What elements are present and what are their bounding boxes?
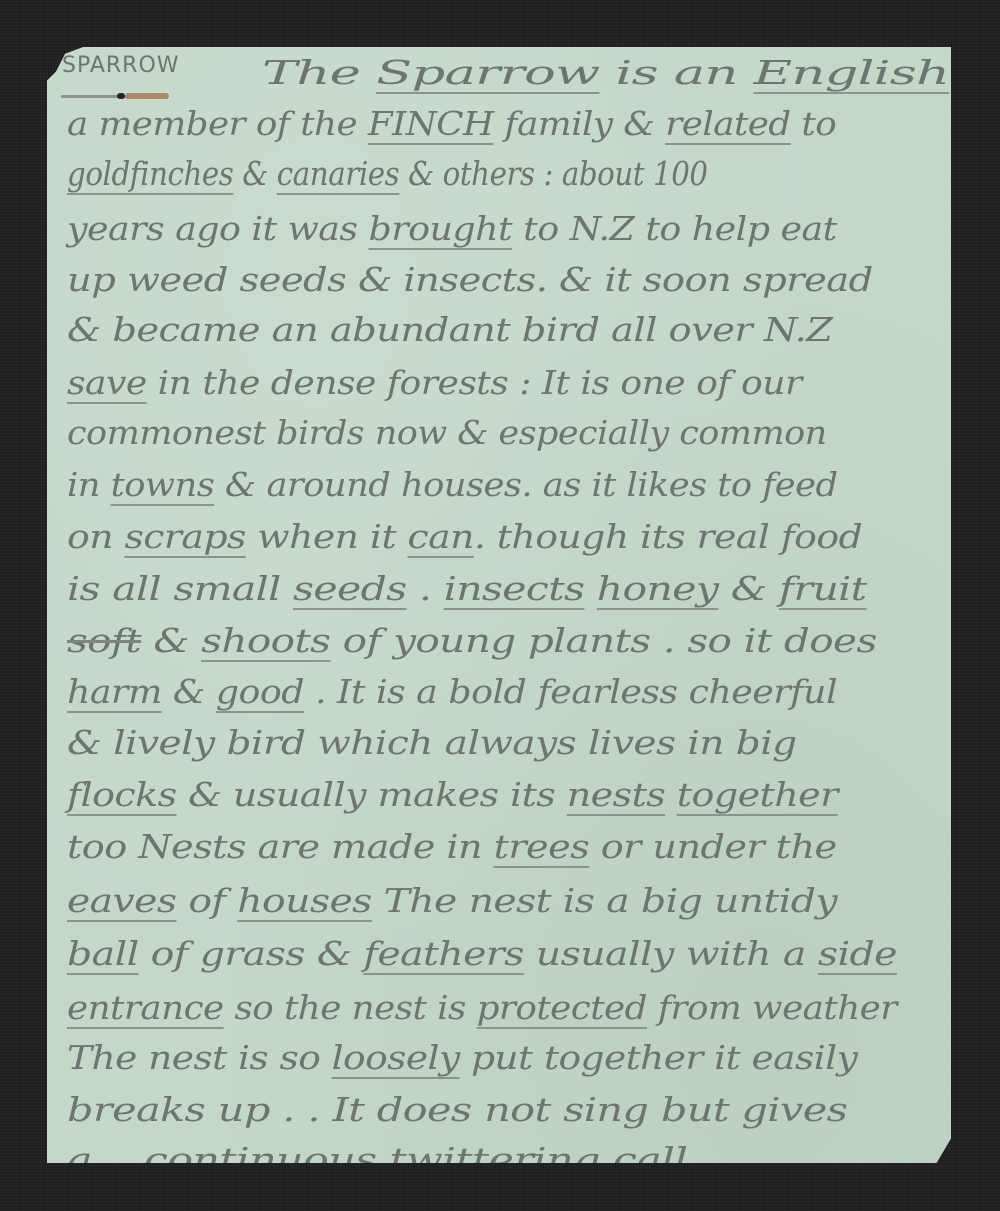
text-segment: The nest is so [67,1038,332,1077]
underlined-word: towns [111,465,215,504]
underlined-word: Sparrow [376,53,599,92]
handwritten-line: harm & good . It is a bold fearless chee… [67,672,837,712]
underlined-word: can [408,517,474,556]
underlined-word: shoots [201,621,330,660]
text-segment: to [791,104,837,143]
handwritten-line: breaks up . . It does not sing but gives [67,1090,847,1130]
text-segment: from weather [647,988,897,1027]
underlined-word: flocks [67,775,177,814]
text-segment: is an [599,53,753,92]
text-segment: so the nest is [224,988,477,1027]
text-segment: or under the [589,827,836,866]
underlined-word: seeds [293,569,407,608]
handwritten-line: is all small seeds . insects honey & fru… [67,569,866,609]
text-segment: put together it easily [460,1038,858,1077]
text-segment [665,775,677,814]
underlined-word: protected [477,988,647,1027]
underlined-word: honey [597,569,719,608]
text-segment [584,569,596,608]
handwritten-line: flocks & usually makes its nests togethe… [67,775,838,815]
text-segment: The nest is a big untidy [372,881,837,920]
text-segment: when it [246,517,408,556]
text-segment: of grass & [139,934,364,973]
handwritten-line: in towns & around houses. as it likes to… [67,465,837,505]
underlined-word: related [665,104,790,143]
text-segment: is all small [67,569,293,608]
text-segment: years ago it was [67,209,369,248]
handwritten-line: commonest birds now & especially common [67,413,827,453]
handwritten-note-page: SPARROW The Sparrow is an English birda … [47,47,951,1163]
underlined-word: insects [444,569,585,608]
text-segment: a member of the [67,104,368,143]
handwritten-line: soft & shoots of young plants . so it do… [67,621,877,661]
text-segment: & around houses. as it likes to feed [214,465,837,504]
text-segment: & became an abundant bird all over N.Z [67,310,832,349]
text-segment: a ...continuous [67,1140,390,1179]
text-segment: on [67,517,124,556]
text-segment: The [262,53,376,92]
underlined-word: ball [67,934,139,973]
text-segment: & lively bird which always lives in big [67,723,797,762]
note-heading: SPARROW [62,53,180,78]
underlined-word: good [216,672,304,711]
handwritten-line: too Nests are made in trees or under the [67,827,837,867]
handwritten-line: The nest is so loosely put together it e… [67,1038,857,1078]
text-segment: & [162,672,216,711]
text-segment: bird [949,53,1000,92]
text-segment: call [600,1140,687,1179]
underlined-word: twittering [390,1140,600,1179]
underlined-word: brought [369,209,513,248]
underlined-word: loosely [332,1038,460,1077]
text-segment: & usually makes its [177,775,567,814]
text-segment: to N.Z to help eat [512,209,837,248]
tape-residue-stain [125,93,169,99]
handwritten-line: save in the dense forests : It is one of… [67,363,802,403]
handwritten-line: up weed seeds & insects. & it soon sprea… [67,260,873,300]
text-segment: & [141,621,201,660]
text-segment: up weed seeds & insects. & it soon sprea… [67,260,873,299]
underlined-word: canaries [277,154,399,193]
handwritten-line: a member of the FINCH family & related t… [67,104,836,144]
text-segment: commonest birds now & especially common [67,413,827,452]
text-segment: breaks up . . It does not sing but gives [67,1090,847,1129]
ink-stain [117,93,125,99]
underlined-word: side [818,934,897,973]
text-segment: . It is a bold fearless cheerful [304,672,837,711]
handwritten-line: & became an abundant bird all over N.Z [67,310,832,350]
struck-word: soft [67,621,141,660]
handwritten-line: on scraps when it can. though its real f… [67,517,862,557]
text-segment: in [67,465,111,504]
text-segment: . [407,569,444,608]
handwritten-line: The Sparrow is an English bird [262,53,1000,93]
underlined-word: FINCH [368,104,494,143]
text-segment: of young plants . so it does [330,621,876,660]
text-segment: in the dense forests : It is one of our [147,363,802,402]
text-segment: family & [494,104,666,143]
underlined-word: together [677,775,838,814]
handwritten-line: & lively bird which always lives in big [67,723,797,763]
handwritten-line: entrance so the nest is protected from w… [67,988,897,1028]
handwritten-line: eaves of houses The nest is a big untidy [67,881,837,921]
text-segment: usually with a [524,934,818,973]
underlined-word: harm [67,672,162,711]
text-segment: . though its real food [474,517,862,556]
underlined-word: entrance [67,988,224,1027]
underlined-word: save [67,363,147,402]
underlined-word: goldfinches [67,154,233,193]
text-segment: & [233,154,276,193]
underlined-word: houses [237,881,371,920]
text-segment: of [176,881,237,920]
underlined-word: nests [567,775,665,814]
handwritten-line: years ago it was brought to N.Z to help … [67,209,837,249]
underlined-word: fruit [779,569,866,608]
text-segment: & others : about 100 [399,154,707,193]
handwritten-line: a ...continuous twittering call [67,1140,687,1180]
handwritten-line: goldfinches & canaries & others : about … [67,154,708,194]
text-segment: too Nests are made in [67,827,494,866]
text-segment: & [718,569,779,608]
underlined-word: trees [494,827,590,866]
underlined-word: feathers [363,934,523,973]
underlined-word: eaves [67,881,176,920]
handwritten-line: ball of grass & feathers usually with a … [67,934,897,974]
underlined-word: English [754,53,950,92]
underlined-word: scraps [124,517,245,556]
